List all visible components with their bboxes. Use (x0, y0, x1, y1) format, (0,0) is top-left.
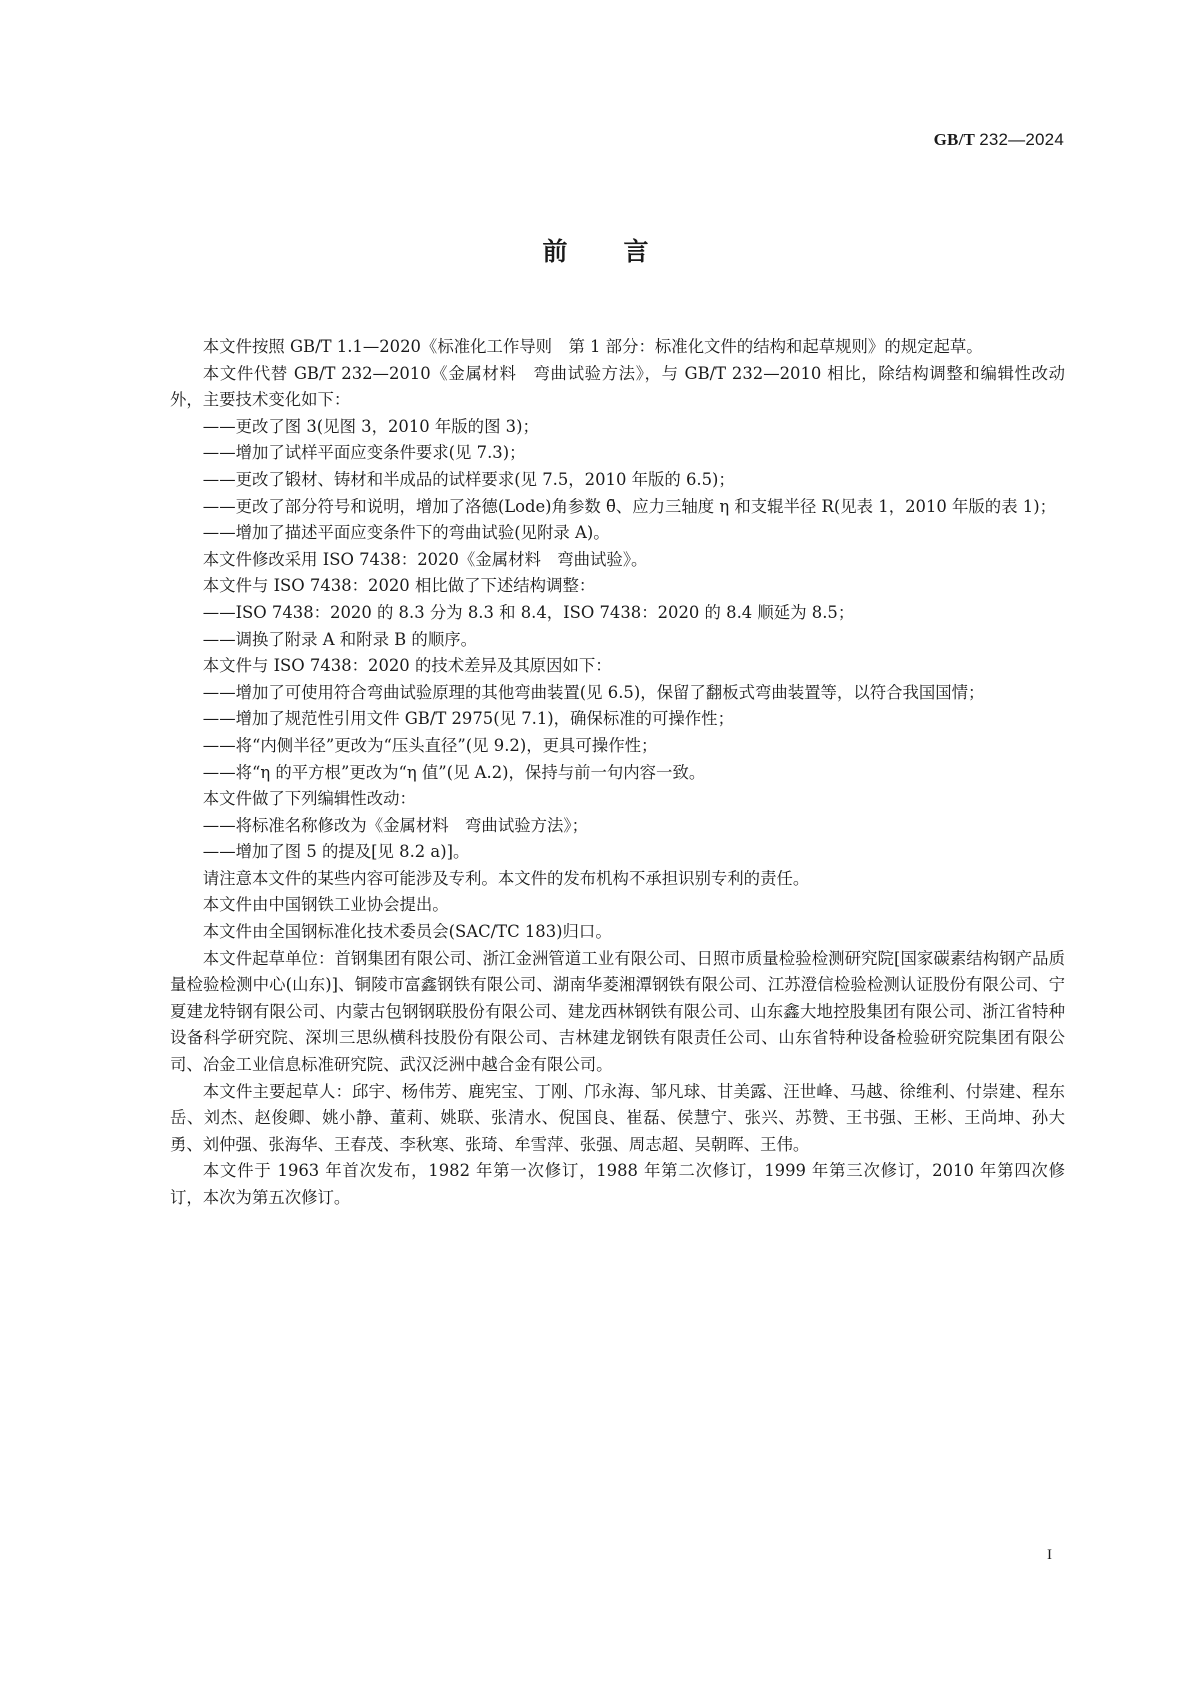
standard-prefix: GB/T (934, 130, 975, 149)
standard-code: GB/T 232—2024 (934, 130, 1064, 150)
list-item: ——增加了可使用符合弯曲试验原理的其他弯曲装置(见 6.5)，保留了翻板式弯曲装… (170, 680, 1065, 707)
paragraph: 本文件主要起草人：邱宇、杨伟芳、鹿宪宝、丁刚、邝永海、邹凡球、甘美露、汪世峰、马… (170, 1079, 1065, 1159)
standard-number: 232—2024 (979, 130, 1064, 149)
page-title: 前言 (0, 232, 1191, 268)
paragraph: 本文件与 ISO 7438：2020 的技术差异及其原因如下： (170, 653, 1065, 680)
list-item: ——调换了附录 A 和附录 B 的顺序。 (170, 627, 1065, 654)
paragraph: 本文件与 ISO 7438：2020 相比做了下述结构调整： (170, 573, 1065, 600)
list-item: ——ISO 7438：2020 的 8.3 分为 8.3 和 8.4，ISO 7… (170, 600, 1065, 627)
paragraph: 本文件由中国钢铁工业协会提出。 (170, 892, 1065, 919)
paragraph: 本文件修改采用 ISO 7438：2020《金属材料 弯曲试验》。 (170, 547, 1065, 574)
list-item: ——增加了规范性引用文件 GB/T 2975(见 7.1)，确保标准的可操作性； (170, 706, 1065, 733)
list-item: ——增加了描述平面应变条件下的弯曲试验(见附录 A)。 (170, 520, 1065, 547)
paragraph: 本文件按照 GB/T 1.1—2020《标准化工作导则 第 1 部分：标准化文件… (170, 334, 1065, 361)
paragraph: 本文件做了下列编辑性改动： (170, 786, 1065, 813)
list-item: ——更改了图 3(见图 3，2010 年版的图 3)； (170, 414, 1065, 441)
paragraph: 本文件于 1963 年首次发布，1982 年第一次修订，1988 年第二次修订，… (170, 1158, 1065, 1211)
paragraph: 本文件起草单位：首钢集团有限公司、浙江金洲管道工业有限公司、日照市质量检验检测研… (170, 946, 1065, 1079)
list-item: ——增加了图 5 的提及[见 8.2 a)]。 (170, 839, 1065, 866)
paragraph: 本文件代替 GB/T 232—2010《金属材料 弯曲试验方法》，与 GB/T … (170, 361, 1065, 414)
paragraph: 请注意本文件的某些内容可能涉及专利。本文件的发布机构不承担识别专利的责任。 (170, 866, 1065, 893)
list-item: ——将“η 的平方根”更改为“η 值”(见 A.2)，保持与前一句内容一致。 (170, 760, 1065, 787)
page-number: I (1047, 1547, 1052, 1564)
foreword-body: 本文件按照 GB/T 1.1—2020《标准化工作导则 第 1 部分：标准化文件… (170, 334, 1065, 1212)
paragraph: 本文件由全国钢标准化技术委员会(SAC/TC 183)归口。 (170, 919, 1065, 946)
list-item: ——将标准名称修改为《金属材料 弯曲试验方法》； (170, 813, 1065, 840)
list-item: ——更改了锻材、铸材和半成品的试样要求(见 7.5，2010 年版的 6.5)； (170, 467, 1065, 494)
list-item: ——更改了部分符号和说明，增加了洛德(Lode)角参数 θ̄、应力三轴度 η 和… (170, 494, 1065, 521)
list-item: ——增加了试样平面应变条件要求(见 7.3)； (170, 440, 1065, 467)
list-item: ——将“内侧半径”更改为“压头直径”(见 9.2)，更具可操作性； (170, 733, 1065, 760)
